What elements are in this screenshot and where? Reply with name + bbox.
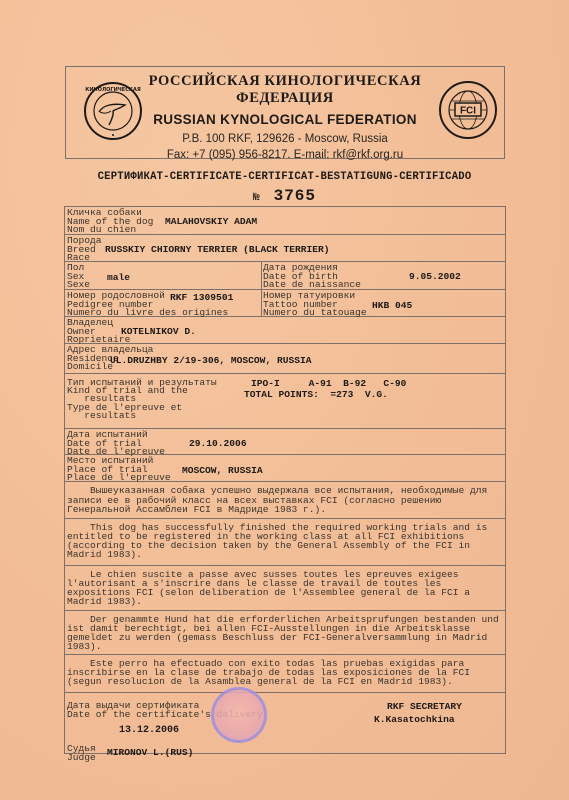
fci-emblem-icon: FCI xyxy=(438,80,498,140)
org-contact: Fax: +7 (095) 956-8217. E-mail: rkf@rkf.… xyxy=(146,148,424,163)
statement-ru: Вышеуказанная собака успешно выдержала в… xyxy=(65,482,505,519)
certificate-form: Кличка собаки Name of the dog Nom du chi… xyxy=(64,206,506,754)
tattoo-label: Номер татуировки Tattoo number Numero du… xyxy=(263,292,367,318)
trial-date-value: 29.10.2006 xyxy=(189,438,247,449)
sex-label: Пол Sex Sexe xyxy=(67,264,90,290)
pedigree-cell: Номер родословной Pedigree number Numero… xyxy=(65,290,262,316)
breed-row: Порода Breed Race RUSSKIY CHIORNY TERRIE… xyxy=(65,235,505,262)
statement-en: This dog has successfully finished the r… xyxy=(65,519,505,566)
trial-date-row: Дата испытаний Date of trial Date de l'e… xyxy=(65,429,505,455)
dob-value: 9.05.2002 xyxy=(409,271,461,282)
breed-value: RUSSKIY CHIORNY TERRIER (BLACK TERRIER) xyxy=(105,244,330,255)
secretary-name: K.Kasatochkina xyxy=(374,714,455,725)
pedigree-value: RKF 1309501 xyxy=(170,292,233,303)
dog-name-value: MALAHOVSKIY ADAM xyxy=(165,216,257,227)
trial-place-value: MOSCOW, RUSSIA xyxy=(182,465,263,476)
owner-value: KOTELNIKOV D. xyxy=(121,326,196,337)
trial-results-line1: IPO-I A-91 B-92 C-90 xyxy=(251,378,406,389)
secretary-title: RKF SECRETARY xyxy=(387,701,462,712)
tattoo-cell: Номер татуировки Tattoo number Numero du… xyxy=(261,290,505,316)
judge-label: Судья Judge xyxy=(67,745,96,762)
tattoo-value: HKB 045 xyxy=(372,300,412,311)
statement-de: Der genammte Hund hat die erforderlichen… xyxy=(65,611,505,655)
org-address: P.B. 100 RKF, 129626 - Moscow, Russia xyxy=(146,132,424,147)
svg-text:FCI: FCI xyxy=(460,106,476,117)
statement-fr-text: Le chien suscite a passe avec susses tou… xyxy=(65,566,505,606)
trial-results-line2: TOTAL POINTS: =273 V.G. xyxy=(244,389,388,400)
sex-dob-row: Пол Sex Sexe male Дата рождения Date of … xyxy=(65,262,505,290)
statement-de-text: Der genammte Hund hat die erforderlichen… xyxy=(65,611,505,651)
statement-es-text: Este perro ha efectuado con exito todas … xyxy=(65,655,505,686)
trial-place-row: Место испытаний Place of trial Place de … xyxy=(65,455,505,482)
org-name-ru-line1: РОССИЙСКАЯ КИНОЛОГИЧЕСКАЯ xyxy=(146,73,424,90)
rkf-emblem-icon: КИНОЛОГИЧЕСКАЯ xyxy=(83,81,143,141)
signature-section: Дата выдачи сертификата Date of the cert… xyxy=(65,693,505,753)
pedigree-tattoo-row: Номер родословной Pedigree number Numero… xyxy=(65,290,505,317)
org-name-ru-line2: ФЕДЕРАЦИЯ xyxy=(146,90,424,106)
statement-es: Este perro ha efectuado con exito todas … xyxy=(65,655,505,693)
svg-text:КИНОЛОГИЧЕСКАЯ: КИНОЛОГИЧЕСКАЯ xyxy=(85,87,141,93)
dog-name-row: Кличка собаки Name of the dog Nom du chi… xyxy=(65,207,505,235)
delivery-date: 13.12.2006 xyxy=(119,725,179,736)
trial-date-label: Дата испытаний Date of trial Date de l'e… xyxy=(67,431,165,457)
trial-kind-label: Тип испытаний и результаты Kind of trial… xyxy=(67,379,217,420)
certificate-number-value: 3765 xyxy=(274,187,316,205)
judge-value: MIRONOV L.(RUS) xyxy=(107,747,193,758)
residence-row: Адрес владельца Residence Domicile UL.DR… xyxy=(65,344,505,374)
statement-en-text: This dog has successfully finished the r… xyxy=(65,519,505,559)
dob-label: Дата рождения Date of birth Date de nais… xyxy=(263,264,361,290)
trial-kind-row: Тип испытаний и результаты Kind of trial… xyxy=(65,374,505,429)
dog-name-label: Кличка собаки Name of the dog Nom du chi… xyxy=(67,209,153,235)
official-seal-stamp xyxy=(211,687,267,743)
trial-place-label: Место испытаний Place of trial Place de … xyxy=(67,457,171,483)
letterhead-text: РОССИЙСКАЯ КИНОЛОГИЧЕСКАЯ ФЕДЕРАЦИЯ RUSS… xyxy=(146,73,424,163)
statement-ru-text: Вышеуказанная собака успешно выдержала в… xyxy=(65,482,505,515)
certificate-title: СЕРТИФИКАТ-CERTIFICATE-CERTIFICAT-BESTAT… xyxy=(0,171,569,183)
number-sign: № xyxy=(253,192,260,204)
certificate-number: №3765 xyxy=(0,187,569,205)
org-name-en: RUSSIAN KYNOLOGICAL FEDERATION xyxy=(146,112,424,127)
sex-cell: Пол Sex Sexe male xyxy=(65,262,262,289)
dob-cell: Дата рождения Date of birth Date de nais… xyxy=(261,262,505,289)
owner-row: Владелец Owner Roprietaire KOTELNIKOV D. xyxy=(65,317,505,344)
residence-value: UL.DRUZHBY 2/19-306, MOSCOW, RUSSIA xyxy=(110,355,312,366)
letterhead: КИНОЛОГИЧЕСКАЯ FCI РОССИЙСКАЯ КИНОЛОГИЧЕ… xyxy=(65,66,505,159)
sex-value: male xyxy=(107,272,130,283)
statement-fr: Le chien suscite a passe avec susses tou… xyxy=(65,566,505,611)
breed-label: Порода Breed Race xyxy=(67,237,102,263)
